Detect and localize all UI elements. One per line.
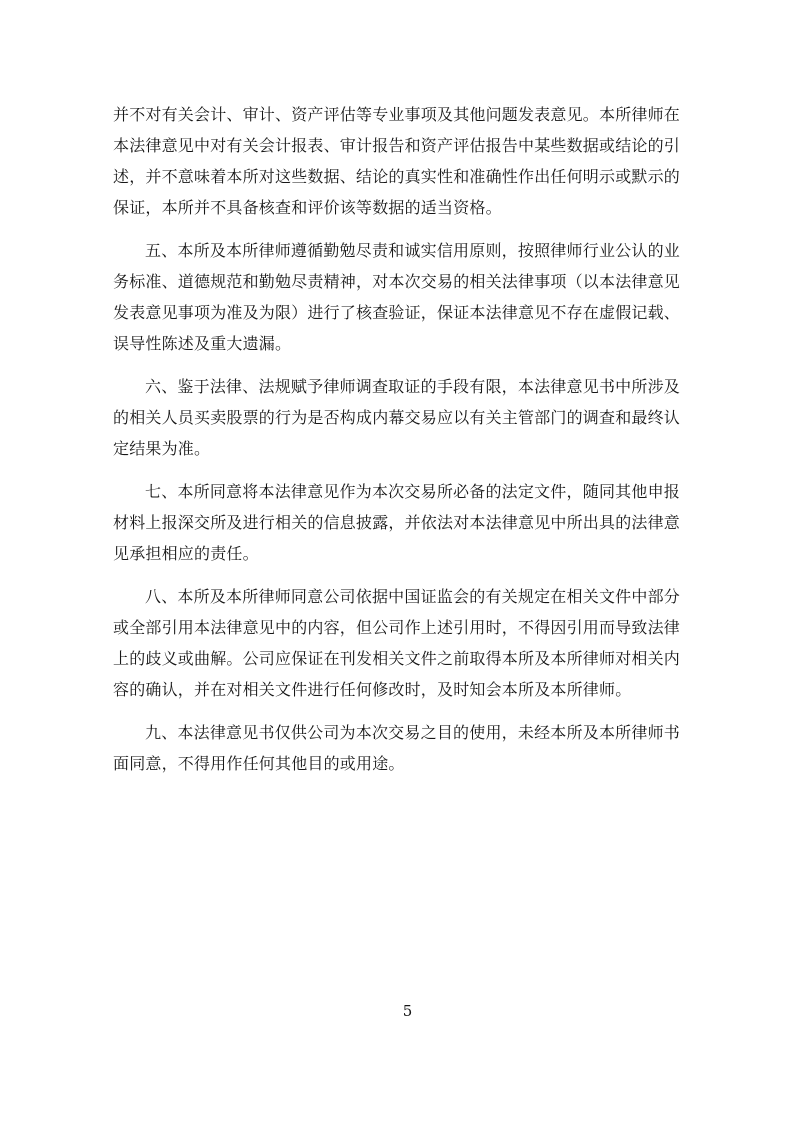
page-footer: 5 (0, 1001, 793, 1021)
paragraph-continuation: 并不对有关会计、审计、资产评估等专业事项及其他问题发表意见。本所律师在本法律意见… (113, 99, 680, 223)
paragraph-item-5: 五、本所及本所律师遵循勤勉尽责和诚实信用原则，按照律师行业公认的业务标准、道德规… (113, 235, 680, 359)
paragraph-item-9: 九、本法律意见书仅供公司为本次交易之目的使用，未经本所及本所律师书面同意，不得用… (113, 717, 680, 779)
document-body: 并不对有关会计、审计、资产评估等专业事项及其他问题发表意见。本所律师在本法律意见… (113, 99, 680, 779)
paragraph-item-6: 六、鉴于法律、法规赋予律师调查取证的手段有限，本法律意见书中所涉及的相关人员买卖… (113, 371, 680, 464)
paragraph-item-8: 八、本所及本所律师同意公司依据中国证监会的有关规定在相关文件中部分或全部引用本法… (113, 581, 680, 705)
paragraph-item-7: 七、本所同意将本法律意见作为本次交易所必备的法定文件，随同其他申报材料上报深交所… (113, 476, 680, 569)
document-page: 并不对有关会计、审计、资产评估等专业事项及其他问题发表意见。本所律师在本法律意见… (0, 0, 793, 1122)
page-number: 5 (403, 1001, 413, 1021)
